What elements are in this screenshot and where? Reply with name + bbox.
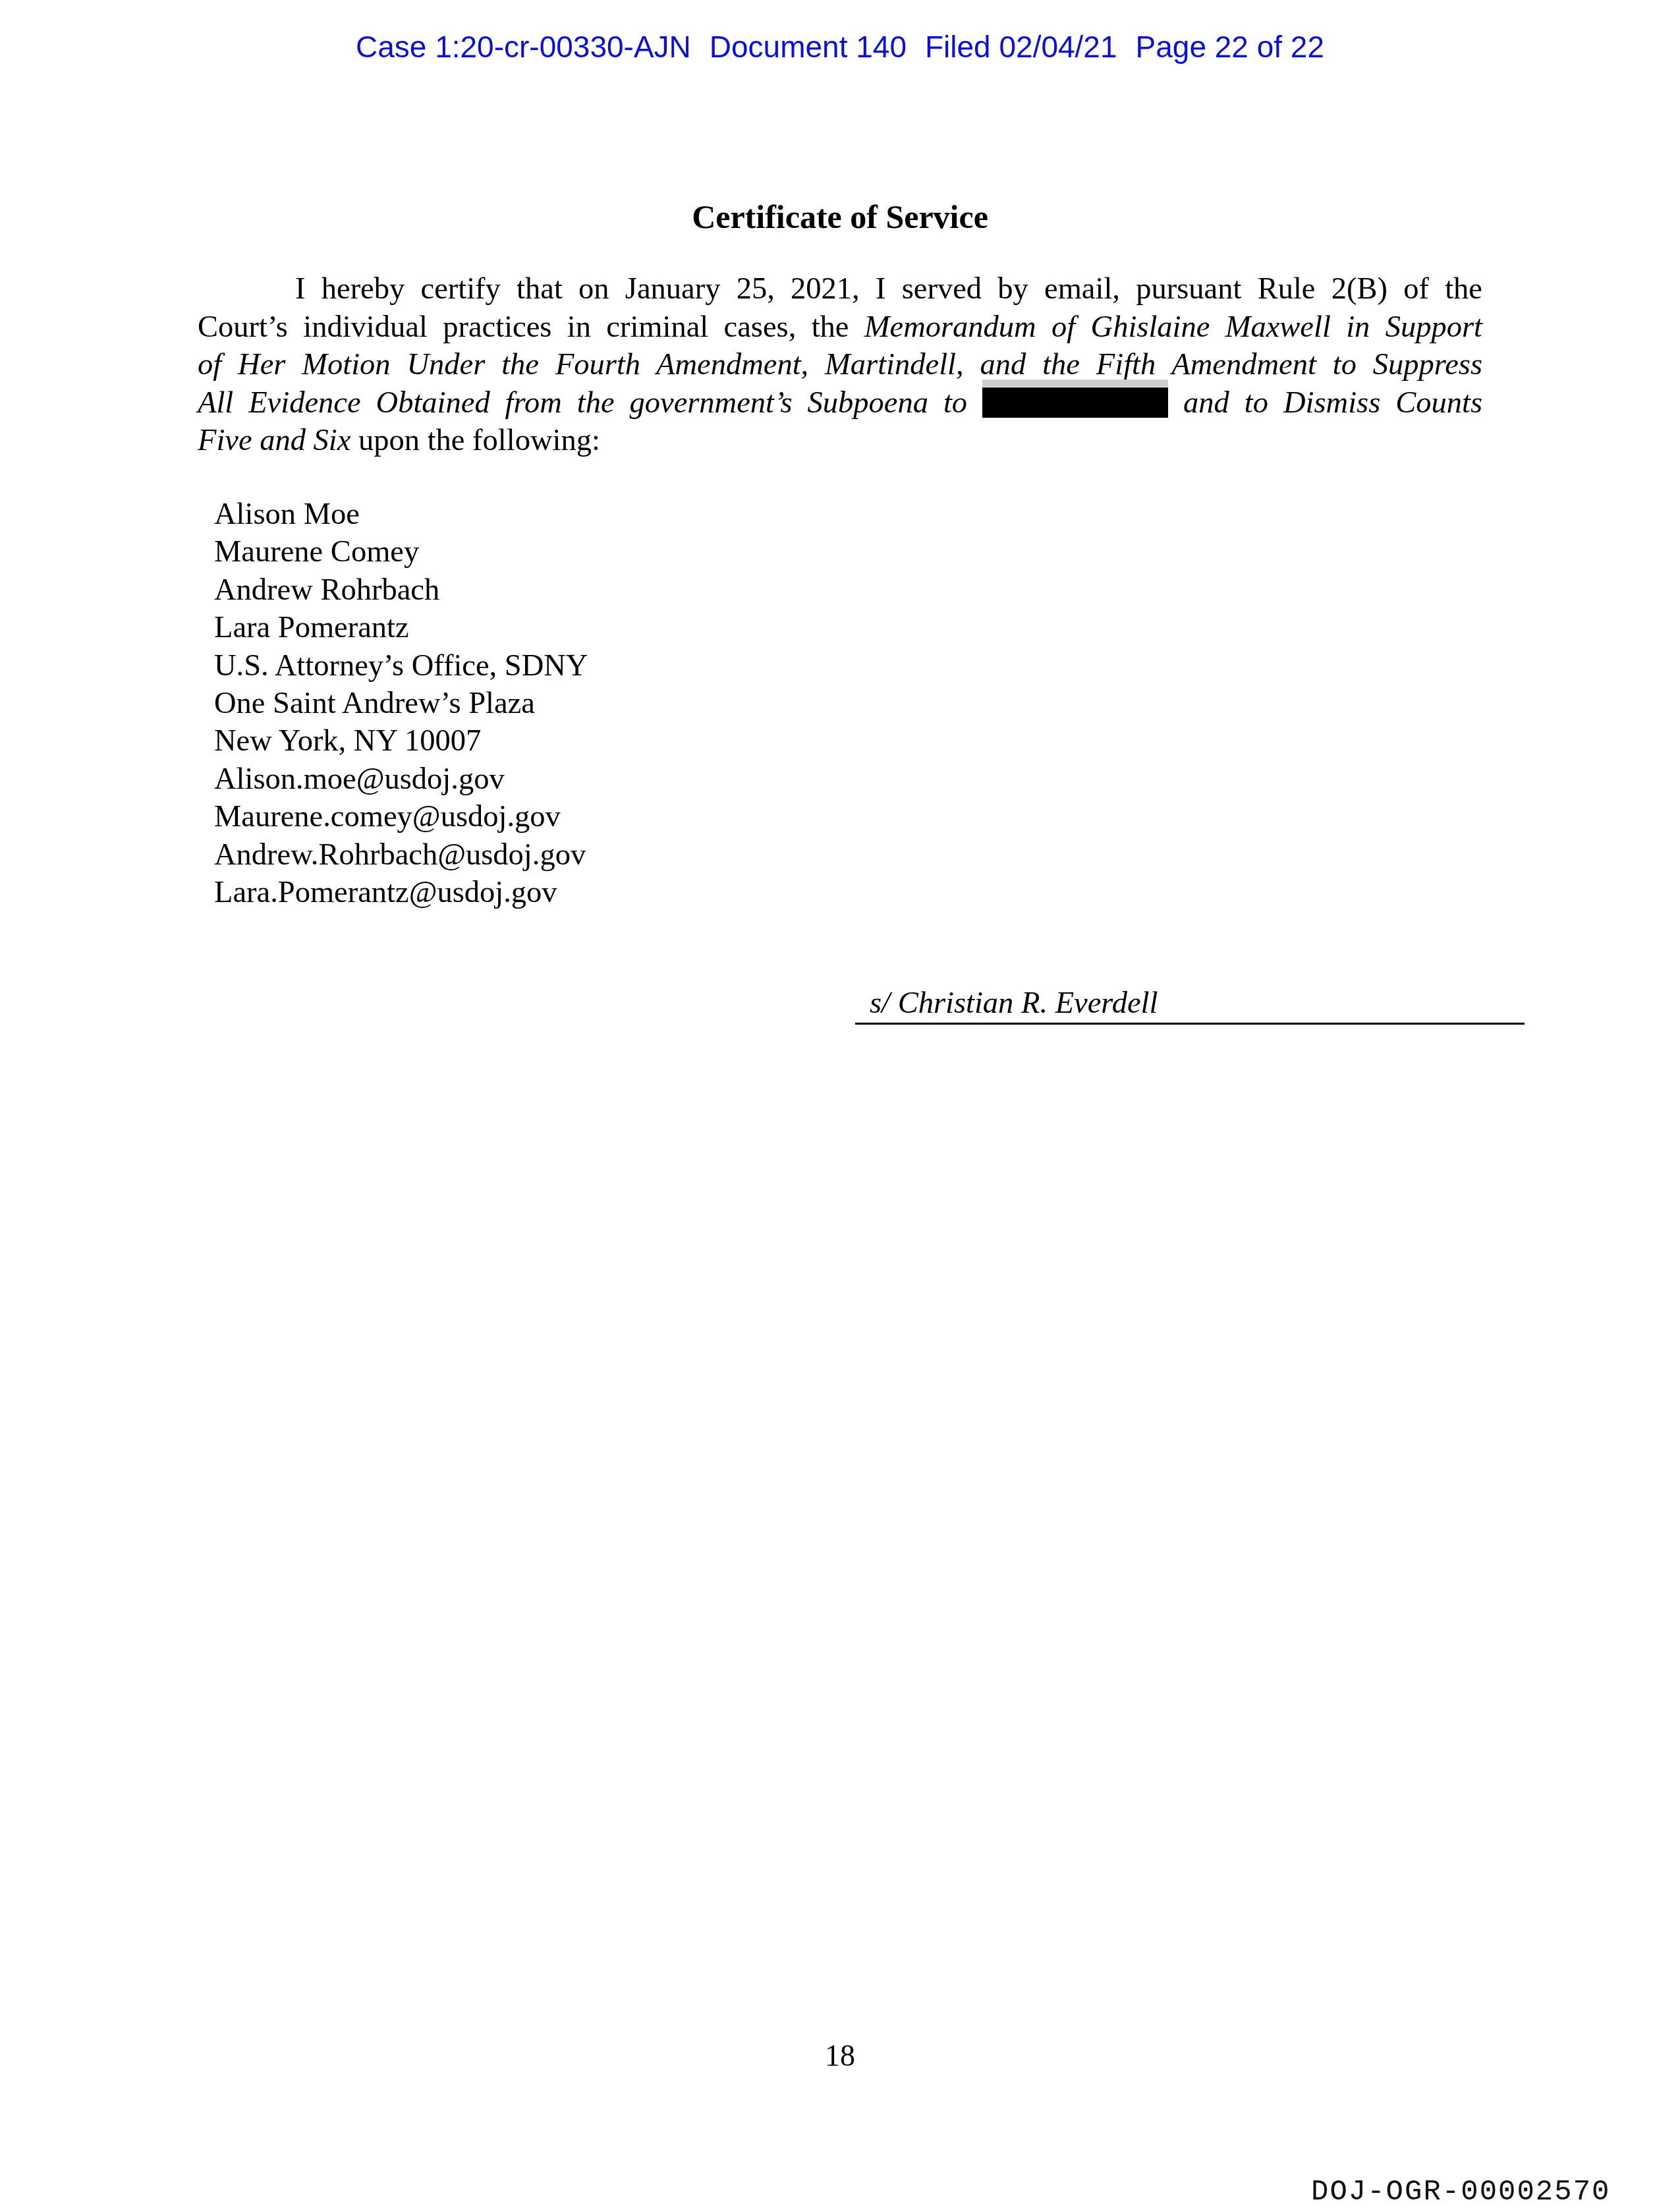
recipient-address: One Saint Andrew’s Plaza bbox=[214, 685, 588, 722]
recipient-name: Andrew Rohrbach bbox=[214, 571, 588, 609]
recipient-email: Alison.moe@usdoj.gov bbox=[214, 760, 588, 798]
certification-paragraph: I hereby certify that on January 25, 202… bbox=[198, 270, 1482, 460]
redaction-box bbox=[982, 387, 1168, 418]
page-title: Certificate of Service bbox=[0, 198, 1680, 236]
recipient-city: New York, NY 10007 bbox=[214, 722, 588, 760]
document-number: Document 140 bbox=[710, 30, 907, 64]
paragraph-line: of Her Motion Under the Fourth Amendment… bbox=[198, 346, 1482, 384]
document-title-italic: of Her Motion Under the Fourth Amendment… bbox=[198, 348, 1482, 382]
paragraph-line: All Evidence Obtained from the governmen… bbox=[198, 384, 1482, 422]
page-number: 18 bbox=[0, 2038, 1680, 2073]
case-number: Case 1:20-cr-00330-AJN bbox=[356, 30, 691, 64]
recipient-email: Andrew.Rohrbach@usdoj.gov bbox=[214, 836, 588, 874]
recipient-office: U.S. Attorney’s Office, SDNY bbox=[214, 647, 588, 685]
recipient-email: Lara.Pomerantz@usdoj.gov bbox=[214, 874, 588, 911]
signature-line: s/ Christian R. Everdell bbox=[855, 986, 1525, 1025]
paragraph-line: Court’s individual practices in criminal… bbox=[198, 308, 1482, 347]
ecf-header: Case 1:20-cr-00330-AJNDocument 140Filed … bbox=[0, 29, 1680, 65]
recipient-name: Alison Moe bbox=[214, 496, 588, 533]
paragraph-line: Five and Six upon the following: bbox=[198, 422, 1482, 460]
recipient-email: Maurene.comey@usdoj.gov bbox=[214, 798, 588, 836]
recipient-name: Lara Pomerantz bbox=[214, 609, 588, 646]
document-title-italic: Memorandum of Ghislaine Maxwell in Suppo… bbox=[864, 310, 1482, 344]
paragraph-line: I hereby certify that on January 25, 202… bbox=[198, 270, 1482, 308]
recipient-list: Alison Moe Maurene Comey Andrew Rohrbach… bbox=[214, 496, 588, 911]
page-indicator: Page 22 of 22 bbox=[1136, 30, 1324, 64]
bates-number: DOJ-OGR-00002570 bbox=[1311, 2176, 1610, 2209]
recipient-name: Maurene Comey bbox=[214, 533, 588, 571]
filed-date: Filed 02/04/21 bbox=[925, 30, 1117, 64]
